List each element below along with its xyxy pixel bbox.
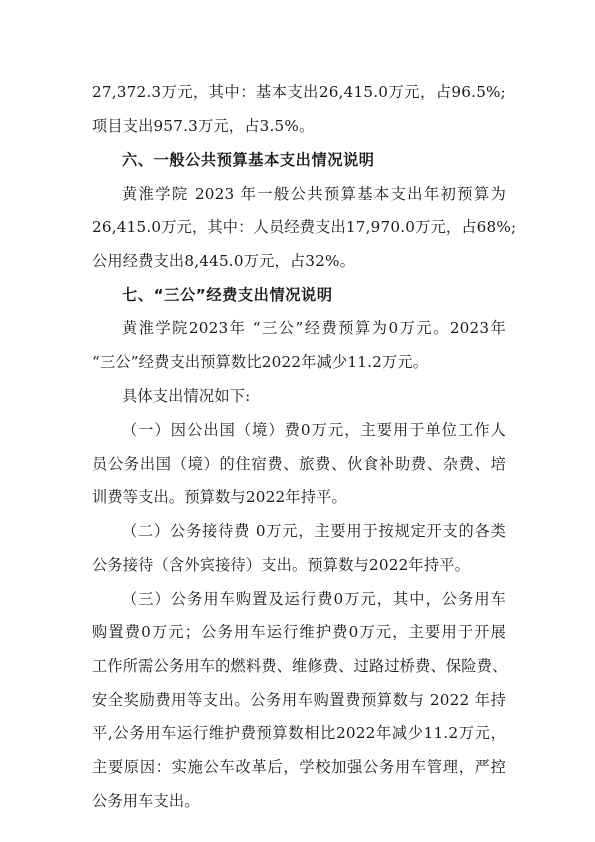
body-line: “三公”经费支出预算数比2022年减少11.2万元。 [92, 352, 506, 372]
body-line: （二）公务接待费 0万元，主要用于按规定开支的各类 [122, 521, 506, 541]
body-line: 公务接待（含外宾接待）支出。预算数与2022年持平。 [92, 555, 506, 575]
body-line: 公务用车支出。 [92, 791, 506, 811]
body-line: 27,372.3万元，其中：基本支出26,415.0万元，占96.5%; [92, 82, 506, 102]
body-line: 安全奖励费用等支出。公务用车购置费预算数与 2022 年持 [92, 690, 506, 710]
body-line: 主要原因：实施公车改革后，学校加强公务用车管理，严控 [92, 757, 506, 777]
section-heading-seven: 七、“三公”经费支出情况说明 [122, 285, 506, 305]
body-line: 工作所需公务用车的燃料费、维修费、过路过桥费、保险费、 [92, 656, 506, 676]
body-line: 项目支出957.3万元，占3.5%。 [92, 116, 506, 136]
body-line: 公用经费支出8,445.0万元，占32%。 [92, 251, 506, 271]
body-line: 员公务出国（境）的住宿费、旅费、伙食补助费、杂费、培 [92, 454, 506, 474]
body-line: 购置费0万元；公务用车运行维护费0万元，主要用于开展 [92, 622, 506, 642]
body-line: 具体支出情况如下: [122, 386, 506, 406]
document-page: 27,372.3万元，其中：基本支出26,415.0万元，占96.5%; 项目支… [0, 0, 595, 842]
body-line: （三）公务用车购置及运行费0万元，其中，公务用车 [122, 589, 506, 609]
body-line: 训费等支出。预算数与2022年持平。 [92, 487, 506, 507]
body-line: （一）因公出国（境）费0万元，主要用于单位工作人 [122, 420, 506, 440]
body-line: 26,415.0万元，其中：人员经费支出17,970.0万元，占68%; [92, 217, 506, 237]
section-heading-six: 六、一般公共预算基本支出情况说明 [122, 150, 506, 170]
body-line: 黄淮学院 2023 年一般公共预算基本支出年初预算为 [122, 184, 506, 204]
body-line: 平,公务用车运行维护费预算数相比2022年减少11.2万元， [92, 723, 506, 743]
body-line: 黄淮学院2023年 “三公”经费预算为0万元。2023年 [122, 318, 506, 338]
